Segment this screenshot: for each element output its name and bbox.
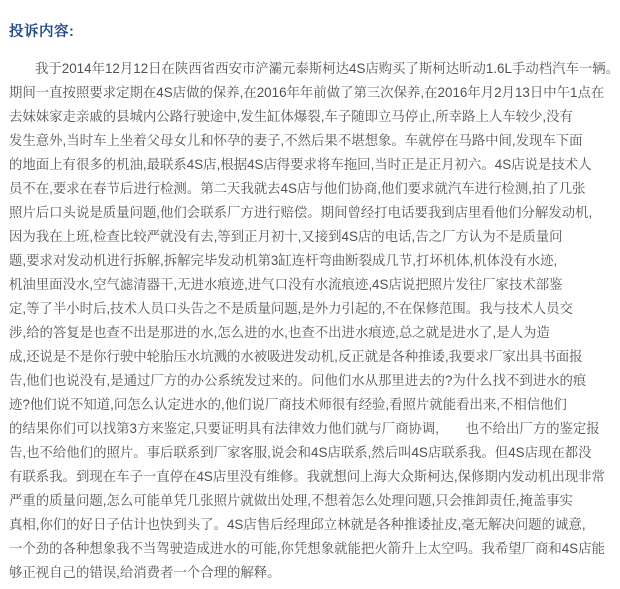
text-line: 够正视自己的错误,给消费者一个合理的解释。 [9,561,611,585]
text-line: 迹?他们说不知道,问怎么认定进水的,他们说厂商技术师很有经验,看照片就能看出来,… [9,393,611,417]
text-line: 去妹妹家走亲戚的县城内公路行驶途中,发生缸体爆裂,车子随即立马停止,所幸路上人车… [9,105,611,129]
text-line: 我于2014年12月12日在陕西省西安市浐灞元泰斯柯达4S店购买了斯柯达昕动1.… [9,57,611,81]
text-line: 期间一直按照要求定期在4S店做的保养,在2016年年前做了第三次保养,在2016… [9,81,611,105]
text-line: 发生意外,当时车上坐着父母女儿和怀孕的妻子,不然后果不堪想象。车就停在马路中间,… [9,129,611,153]
text-line: 一个劲的各种想象我不当驾驶造成进水的可能,你凭想象就能把火箭升上太空吗。我希望厂… [9,537,611,561]
text-line: 严重的质量问题,怎么可能单凭几张照片就做出处理,不想着怎么处理问题,只会推卸责任… [9,489,611,513]
text-line: 题,要求对发动机进行拆解,拆解完毕发动机第3缸连杆弯曲断裂成几节,打坏机体,机体… [9,249,611,273]
text-line: 的结果你们可以找第3方来鉴定,只要证明具有法律效力他们就与厂商协调, 也不给出厂… [9,417,611,441]
text-line: 机油里面没水,空气滤清器干,无进水痕迹,进气口没有水流痕迹,4S店说把照片发往厂… [9,273,611,297]
text-line: 照片后口头说是质量问题,他们会联系厂方进行赔偿。期间曾经打电话要我到店里看他们分… [9,201,611,225]
text-line: 员不在,要求在春节后进行检测。第二天我就去4S店与他们协商,他们要求就汽车进行检… [9,177,611,201]
text-line: 真相,你们的好日子估计也快到头了。4S店售后经理邱立林就是各种推诿扯皮,毫无解决… [9,513,611,537]
complaint-page: 投诉内容: 我于2014年12月12日在陕西省西安市浐灞元泰斯柯达4S店购买了斯… [0,0,620,589]
text-line: 定,等了半小时后,技术人员口头告之不是质量问题,是外力引起的,不在保修范围。我与… [9,297,611,321]
text-line: 成,还说是不是你行驶中轮胎压水坑溅的水被吸进发动机,反正就是各种推诿,我要求厂家… [9,345,611,369]
complaint-body: 我于2014年12月12日在陕西省西安市浐灞元泰斯柯达4S店购买了斯柯达昕动1.… [9,57,611,585]
page-title: 投诉内容: [9,24,611,40]
text-line: 的地面上有很多的机油,最联系4S店,根据4S店得要求将车拖回,当时正是正月初六。… [9,153,611,177]
text-line: 告,也不给他们的照片。事后联系到厂家客服,说会和4S店联系,然后叫4S店联系我。… [9,441,611,465]
text-line: 告,他们也说没有,是通过厂方的办公系统发过来的。问他们水从那里进去的?为什么找不… [9,369,611,393]
text-line: 因为我在上班,检查比较严就没有去,等到正月初十,又接到4S店的电话,告之厂方认为… [9,225,611,249]
text-line: 涉,给的答复是也查不出是那进的水,怎么进的水,也查不出进水痕迹,总之就是进水了,… [9,321,611,345]
text-line: 有联系我。到现在车子一直停在4S店里没有维修。我就想问上海大众斯柯达,保修期内发… [9,465,611,489]
